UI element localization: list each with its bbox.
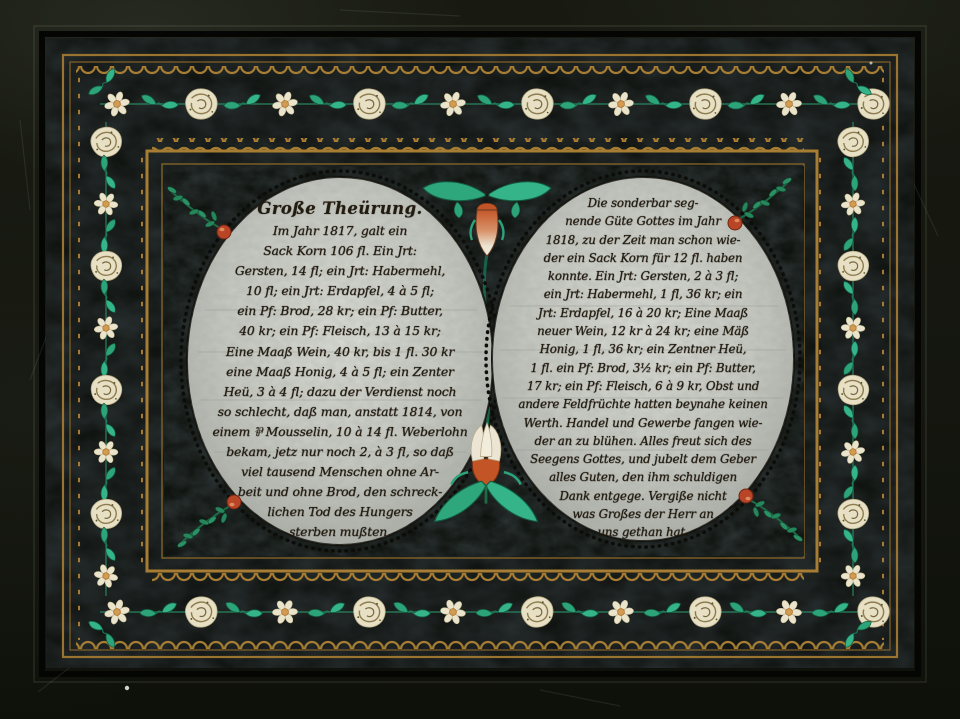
rose-icon (689, 597, 721, 628)
right-medallion: Die sonderbar seg-nende Güte Gottes im J… (478, 194, 808, 542)
medallion-title: Große Theürung. (185, 199, 495, 218)
script-line: 10 fl; ein Jrt: Erdapfel, 4 à 5 fl; (185, 281, 495, 301)
script-line: sterben mußten. (185, 522, 495, 542)
script-line: der ein Sack Korn für 12 fl. haben (478, 249, 808, 267)
script-line: Sack Korn 106 fl. Ein Jrt: (185, 241, 495, 261)
script-line: einem ⅌ Mousselin, 10 à 14 fl. Weberlohn (185, 422, 495, 442)
script-line: bekam, jetz nur noch 2, à 3 fl, so daß (185, 442, 495, 462)
script-line: Werth. Handel und Gewerbe fangen wie- (478, 414, 808, 432)
script-line: neuer Wein, 12 kr à 24 kr; eine Mäß (478, 322, 808, 340)
script-line: Seegens Gottes, und jubelt dem Geber (478, 450, 808, 468)
script-line: konnte. Ein Jrt: Gersten, 2 à 3 fl; (478, 267, 808, 285)
script-line: Im Jahr 1817, galt ein (185, 221, 495, 241)
script-line: andere Feldfrüchte hatten beynahe keinen (478, 395, 808, 413)
script-line: Heü, 3 à 4 fl; dazu der Verdienst noch (185, 382, 495, 402)
script-line: ein Jrt: Habermehl, 1 fl, 36 kr; ein (478, 285, 808, 303)
dust-speck (125, 686, 129, 690)
script-line: der an zu blühen. Alles freut sich des (478, 432, 808, 450)
script-line: so schlecht, daß man, anstatt 1814, von (185, 402, 495, 422)
script-line: eine Maaß Honig, 4 à 5 fl; ein Zenter (185, 362, 495, 382)
script-line: 1 fl. ein Pf: Brod, 3½ kr; ein Pf: Butte… (478, 359, 808, 377)
script-line: viel tausend Menschen ohne Ar- (185, 462, 495, 482)
script-line: 17 kr; ein Pf: Fleisch, 6 à 9 kr, Obst u… (478, 377, 808, 395)
script-line: beit und ohne Brod, den schreck- (185, 482, 495, 502)
medallion-text: Im Jahr 1817, galt einSack Korn 106 fl. … (185, 221, 495, 543)
dust-speck (870, 62, 873, 65)
painted-panel-photo: Große Theürung. Im Jahr 1817, galt einSa… (0, 0, 960, 719)
script-line: Dank entgege. Vergiße nicht (478, 487, 808, 505)
medallion-text: Die sonderbar seg-nende Güte Gottes im J… (478, 194, 808, 542)
script-line: nende Güte Gottes im Jahr (478, 212, 808, 230)
script-line: Jrt: Erdapfel, 16 à 20 kr; Eine Maaß (478, 304, 808, 322)
script-line: ein Pf: Brod, 28 kr; ein Pf: Butter, (185, 301, 495, 321)
script-line: Gersten, 14 fl; ein Jrt: Habermehl, (185, 261, 495, 281)
left-medallion: Große Theürung. Im Jahr 1817, galt einSa… (185, 199, 495, 543)
script-line: alles Guten, den ihm schuldigen (478, 468, 808, 486)
script-line: 1818, zu der Zeit man schon wie- (478, 231, 808, 249)
rose-icon (185, 89, 217, 120)
script-line: Eine Maaß Wein, 40 kr, bis 1 fl. 30 kr (185, 342, 495, 362)
script-line: 40 kr; ein Pf: Fleisch, 13 à 15 kr; (185, 321, 495, 341)
script-line: Honig, 1 fl, 36 kr; ein Zentner Heü, (478, 340, 808, 358)
script-line: was Großes der Herr an (478, 505, 808, 523)
script-line: Die sonderbar seg- (478, 194, 808, 212)
script-line: uns gethan hat. (478, 523, 808, 541)
script-line: lichen Tod des Hungers (185, 502, 495, 522)
